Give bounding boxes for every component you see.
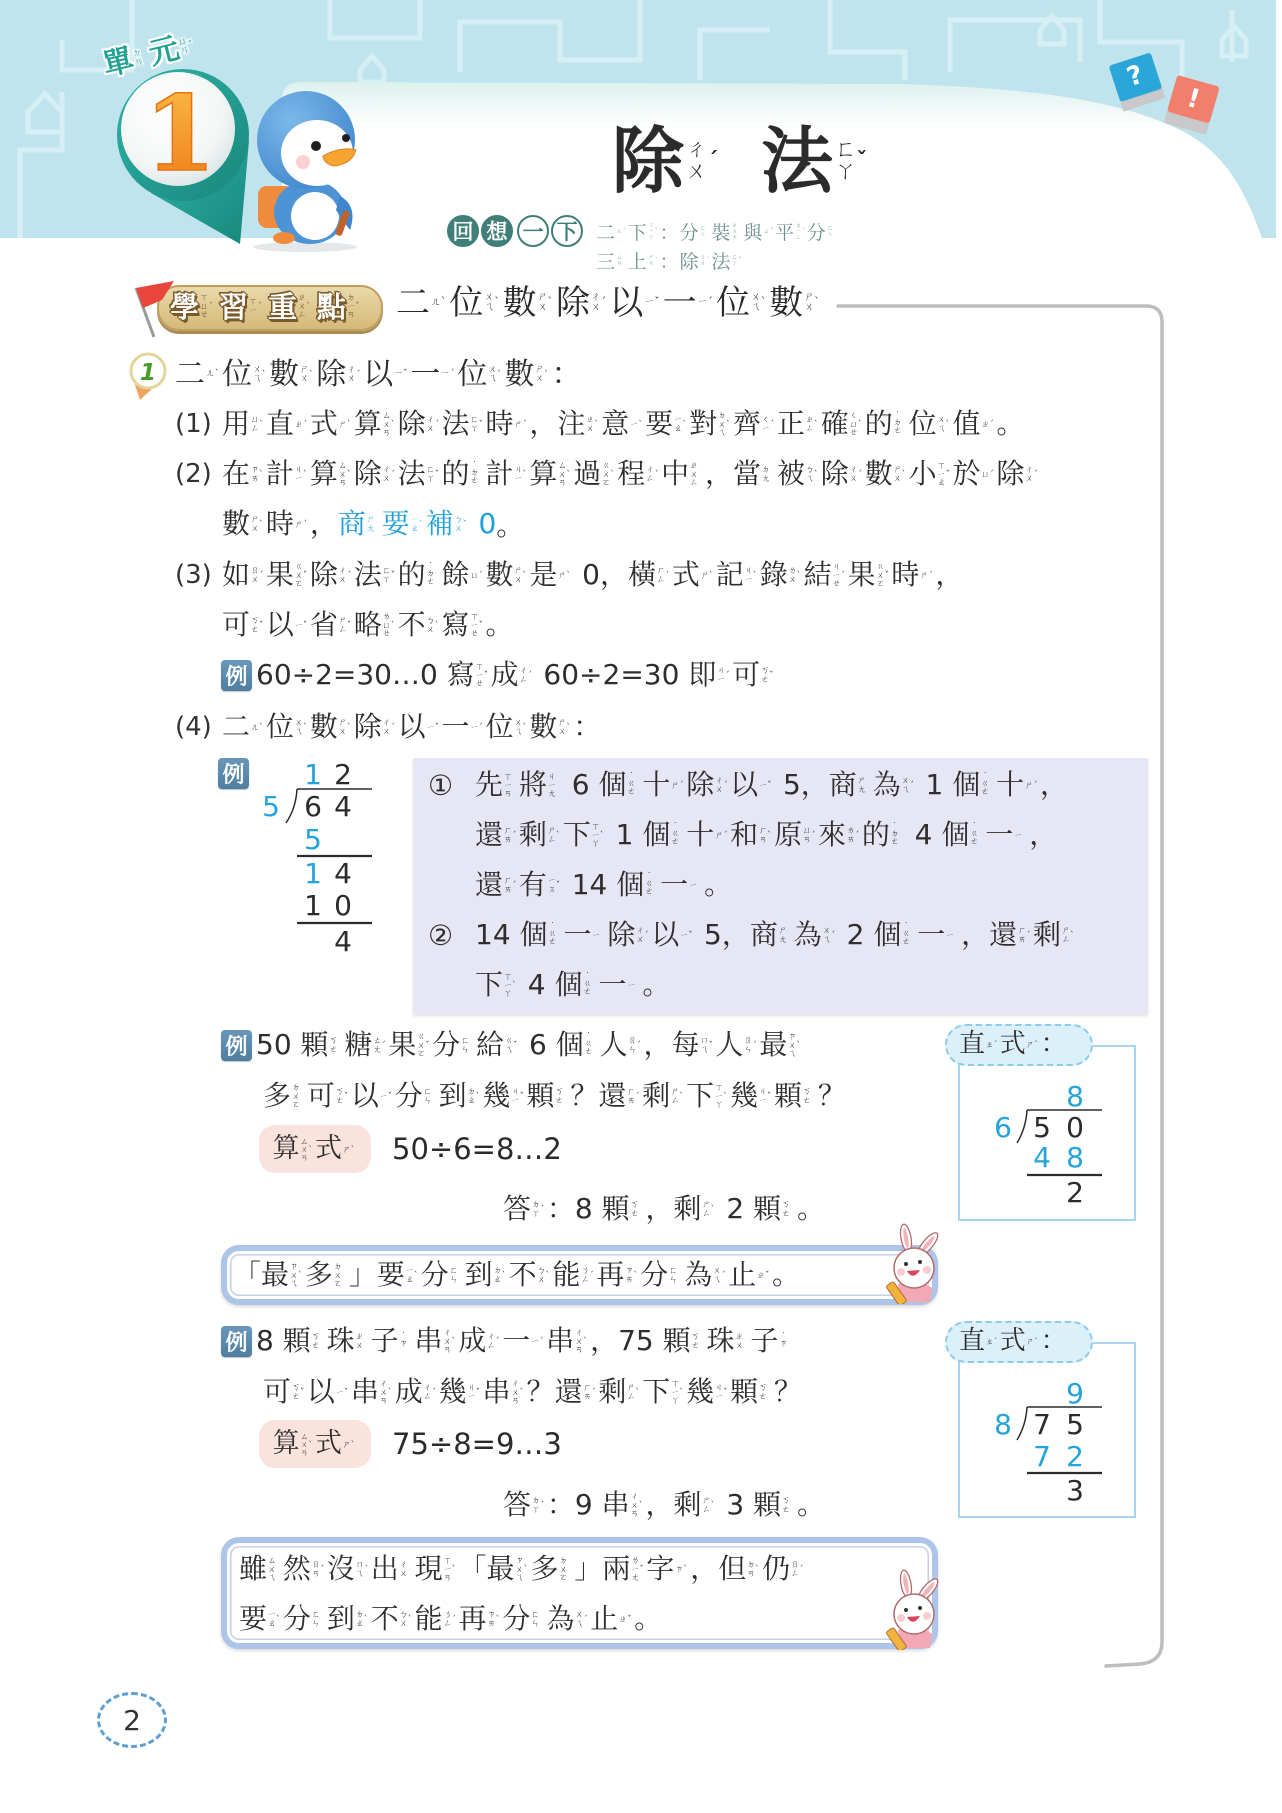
ruby-char: 珠ㄓㄨ: [707, 1324, 749, 1358]
zhuyin-symbols: ㄔㄨㄢ: [443, 1328, 451, 1354]
text-run: 60÷2=30: [535, 658, 689, 692]
ruby-char: 個˙ㄍㄜ: [952, 768, 994, 802]
zhuyin-tone: ˋ: [347, 470, 352, 478]
hanzi: 和: [730, 818, 758, 852]
zhuyin-tone: ˇ: [767, 781, 772, 789]
hanzi: 齊: [733, 407, 761, 441]
zhuyin-symbol: ㄜ: [645, 887, 653, 896]
zhuyin-symbols: ㄗ: [675, 1565, 683, 1574]
ruby-char: 分ㄈㄣ: [502, 1602, 544, 1636]
zhuyin-symbol: ㄧ: [249, 307, 258, 316]
ruby-char: 一ㄧˊ: [410, 357, 455, 393]
zhuyin-annotation: ㄉㄢ: [132, 47, 150, 68]
hanzi: 可: [732, 658, 760, 692]
zhuyin-symbol: ㄠ: [937, 478, 945, 487]
question-dice-icon: ?: [1109, 52, 1166, 111]
point-3-line-1: 如ㄖㄨˊ果ㄍㄨㄛˇ除ㄔㄨˊ法ㄈㄚˇ的˙ㄉㄜ餘ㄩˊ數ㄕㄨˋ是ㄕˋ 0，橫ㄏㄥˊ式ㄕ…: [222, 553, 963, 597]
zhuyin-symbol: ㄟ: [937, 424, 945, 433]
zhuyin-symbol: ㄕ: [558, 571, 566, 580]
zhuyin-annotation: ㄙㄨㄢˋ: [339, 461, 352, 487]
zhuyin-tone: ˋ: [711, 1501, 716, 1509]
zhuyin-annotation: ㄕˊ: [920, 571, 933, 580]
hanzi: 果: [388, 1028, 416, 1062]
zhuyin-annotation: ㄦˋ: [251, 723, 264, 732]
ruby-char: 但ㄉㄢˋ: [718, 1552, 760, 1586]
ruby-char: 直ㄓˊ: [959, 1326, 998, 1357]
zhuyin-symbol: ㄨ: [804, 303, 814, 313]
hanzi: 數: [222, 507, 250, 541]
zhuyin-annotation: ㄖㄥˊ: [791, 1560, 804, 1577]
zhuyin-annotation: ㄕˊ: [295, 520, 308, 529]
zhuyin-annotation: ㄨㄟˋ: [295, 718, 308, 735]
zhuyin-annotation: ㄕˋ: [343, 1440, 356, 1448]
zhuyin-annotation: ㄊㄤˊ: [373, 1036, 386, 1053]
ruby-char: 當ㄉㄤ: [733, 457, 775, 491]
zhuyin-symbols: ㄒㄧㄢ: [443, 1556, 451, 1582]
point-4-label: (4): [175, 705, 212, 749]
zhuyin-symbol: ㄨ: [382, 727, 390, 736]
zhuyin-symbols: ㄅㄨ: [454, 515, 462, 532]
zhuyin-symbols: ㄕ: [671, 781, 679, 790]
zhuyin-annotation: ㄐㄧˇ: [759, 1087, 772, 1104]
ruby-char: 最ㄗㄨㄟˋ: [261, 1258, 303, 1292]
ruby-char: 直ㄓˊ: [266, 407, 308, 441]
zhuyin-annotation: ㄉㄨㄛ: [559, 1556, 572, 1582]
dividend-digit: 6: [298, 790, 328, 824]
zhuyin-tone: ˇ: [476, 1388, 481, 1396]
zhuyin-symbol: ㄜ: [426, 577, 434, 586]
hanzi: 個: [873, 918, 901, 952]
zhuyin-annotation: ㄎㄜ: [803, 1087, 816, 1104]
ruby-char: 以ㄧˇ: [398, 710, 440, 744]
ruby-char: 寫ㄒㄧㄝˇ: [447, 658, 489, 692]
zhuyin-symbols: ˙ㄍㄜ: [981, 774, 989, 796]
zhuyin-symbol: ㄧ: [295, 474, 303, 483]
ruby-char: 顆ㄎㄜ: [753, 1192, 795, 1226]
ruby-char: 有ㄧㄡˇ: [519, 868, 561, 902]
zhuyin-symbol: ㄟ: [718, 428, 726, 437]
example-badge: 例: [221, 1326, 252, 1357]
hanzi: 數: [769, 283, 803, 324]
zhuyin-symbol: ㄛ: [602, 478, 610, 487]
hanzi: 除: [556, 283, 590, 324]
zhuyin-tone: ˊ: [452, 1615, 457, 1623]
zhuyin-annotation: ˙ㄍㄜ: [970, 824, 983, 846]
ruby-char: 成ㄔㄥˊ: [395, 1375, 437, 1409]
text-run: 。: [704, 868, 732, 902]
zhuyin-tone: ˋ: [1034, 1041, 1038, 1049]
zhuyin-symbols: ㄙㄢ: [616, 256, 623, 268]
ruby-char: 止ㄓˇ: [728, 1258, 770, 1292]
zhuyin-tone: ˇ: [739, 259, 742, 265]
zhuyin-tone: ˋ: [548, 298, 554, 308]
ruby-char: 顆ㄎㄜ: [526, 1079, 568, 1113]
hanzi: 除: [316, 357, 346, 393]
hanzi: 不: [398, 608, 426, 642]
zhuyin-symbols: ㄕㄥ: [702, 1496, 710, 1513]
zhuyin-tone: ˇ: [303, 621, 308, 629]
hanzi: 一: [502, 1324, 530, 1358]
zhuyin-tone: ˋ: [1034, 1338, 1038, 1346]
ruby-char: 值ㄓˊ: [953, 407, 995, 441]
zhuyin-annotation: ㄉㄧㄢˇ: [347, 294, 360, 321]
zhuyin-symbols: ㄒㄧㄢ: [504, 772, 512, 798]
hanzi: 分: [640, 1258, 668, 1292]
zhuyin-symbols: ㄨㄟ: [901, 776, 909, 793]
problem-2-formula: 75÷8=9…3: [392, 1422, 562, 1466]
step-digit: 4: [328, 857, 358, 891]
zhuyin-symbol: ㄨ: [355, 1341, 363, 1350]
zhuyin-tone: ˋ: [351, 1145, 355, 1153]
ruby-char: 齊ㄑㄧˊ: [733, 407, 775, 441]
zhuyin-symbol: ㄨ: [535, 375, 544, 384]
ruby-char: 位ㄨㄟˋ: [716, 283, 767, 324]
zhuyin-symbol: ㄧ: [697, 298, 707, 308]
text-run: 0: [470, 507, 497, 541]
zhuyin-symbol: ㄢ: [347, 311, 356, 320]
zhuyin-tone: ˋ: [753, 571, 758, 579]
hanzi: 能: [552, 1258, 580, 1292]
zhuyin-symbol: ㄢ: [575, 1345, 583, 1354]
zhuyin-symbol: ㄦ: [251, 723, 259, 732]
hanzi: 答: [503, 1488, 531, 1522]
zhuyin-symbols: ㄧ: [630, 420, 638, 429]
text-run: 。: [642, 968, 670, 1002]
hanzi: 到: [439, 1079, 467, 1113]
formula-label: 算ㄙㄨㄢˋ式ㄕˋ: [259, 1420, 371, 1468]
zhuyin-symbols: ㄉㄧㄢ: [347, 294, 356, 321]
hanzi: 計: [485, 457, 513, 491]
quotient-digit: 8: [1060, 1080, 1090, 1114]
zhuyin-symbols: ㄓㄨ: [735, 1332, 743, 1349]
zhuyin-symbols: ㄈㄚ: [470, 415, 478, 432]
hanzi: 除: [398, 407, 426, 441]
zhuyin-annotation: ㄧˊ: [441, 370, 455, 379]
zhuyin-symbol: ㄤ: [779, 935, 787, 944]
zhuyin-symbols: ㄔㄨ: [591, 293, 601, 314]
zhuyin-tone: ˇ: [303, 571, 308, 579]
ruby-char: 除ㄔㄨˊ: [607, 918, 649, 952]
ruby-char: 式ㄕˋ: [1000, 1326, 1039, 1357]
zhuyin-tone: ˊ: [993, 1041, 997, 1049]
zhuyin-tone: ˊ: [990, 420, 995, 428]
ruby-char: 數ㄕㄨˋ: [769, 283, 820, 324]
ruby-char: 到ㄉㄠˋ: [465, 1258, 507, 1292]
ruby-char: 不ㄅㄨˋ: [371, 1602, 413, 1636]
hanzi: 到: [465, 1258, 493, 1292]
text-run: 1: [607, 818, 643, 852]
zhuyin-tone: ˋ: [767, 831, 772, 839]
hanzi: 二: [396, 283, 430, 324]
hanzi: 位: [266, 710, 294, 744]
point-2-line-1: 在ㄗㄞˋ計ㄐㄧˋ算ㄙㄨㄢˋ除ㄔㄨˊ法ㄈㄚˇ的˙ㄉㄜ計ㄐㄧˋ算ㄙㄨㄢˋ過ㄍㄨㄛˋ程…: [222, 452, 1040, 496]
zhuyin-symbol: ㄢ: [300, 1448, 308, 1456]
zhuyin-annotation: ㄉㄨㄟˋ: [718, 411, 731, 437]
hanzi: 珠: [707, 1324, 735, 1358]
section-number: 1: [140, 360, 156, 386]
zhuyin-annotation: ㄍㄨㄛˇ: [295, 562, 308, 588]
zhuyin-tone: ˋ: [726, 420, 731, 428]
zhuyin-annotation: ㄕㄨˋ: [893, 465, 906, 482]
zhuyin-symbols: ㄈㄣ: [531, 1610, 539, 1627]
remainder-digit: 2: [1060, 1176, 1090, 1210]
zhuyin-symbols: ㄅㄨ: [537, 1266, 545, 1283]
zhuyin-annotation: ㄔㄨˊ: [382, 718, 395, 735]
zhuyin-tone: ˊ: [391, 470, 396, 478]
zhuyin-tone: ˇ: [654, 298, 660, 308]
hanzi: 數: [504, 357, 534, 393]
zhuyin-symbols: ㄕㄨ: [514, 566, 522, 583]
zhuyin-tone: ˇ: [479, 420, 484, 428]
zhuyin-tone: ˇ: [769, 671, 774, 679]
zhuyin-symbol: ㄨ: [454, 524, 462, 533]
zhuyin-annotation: ˙ㄍㄜ: [584, 1034, 597, 1056]
zhuyin-tone: ˋ: [623, 230, 626, 236]
zhuyin-symbols: ㄧ: [1014, 831, 1022, 840]
zhuyin-annotation: ˙ㄗ: [399, 1334, 412, 1347]
zhuyin-tone: ˊ: [450, 370, 455, 379]
ruby-char: 式ㄕˋ: [1000, 1029, 1039, 1060]
title-char-2: 法ㄈㄚˇ: [761, 118, 874, 204]
zhuyin-tone: ˋ: [262, 371, 267, 380]
zhuyin-annotation: ㄕㄤ: [779, 926, 792, 943]
hanzi: 直: [266, 407, 294, 441]
hanzi: 一: [985, 818, 1013, 852]
zhuyin-symbol: ㄟ: [356, 1569, 364, 1578]
zhuyin-symbol: ㄚ: [648, 236, 655, 242]
hanzi: 除: [996, 457, 1024, 491]
zhuyin-annotation: ㄅㄨˋ: [399, 1610, 412, 1627]
ruby-char: 現ㄒㄧㄢˋ: [415, 1552, 457, 1586]
quotient-digit: 9: [1060, 1377, 1090, 1411]
zhuyin-symbol: ㄧ: [644, 298, 654, 308]
zhuyin-symbols: ㄧ: [336, 1388, 344, 1397]
hanzi: 要: [645, 407, 673, 441]
ruby-char: 下ㄒㄧㄚˋ: [686, 1079, 728, 1113]
ruby-char: 一ㄧˊ: [502, 1324, 544, 1358]
zhuyin-annotation: ㄨㄟˊ: [713, 1266, 726, 1283]
hanzi: 剩: [674, 1192, 702, 1226]
hanzi: 以: [363, 357, 393, 393]
hanzi: 算: [354, 407, 382, 441]
zhuyin-symbol: ㄧ: [470, 723, 478, 732]
zhuyin-annotation: ㄧˊ: [697, 298, 713, 308]
zhuyin-symbol: ㄕ: [343, 1440, 351, 1448]
zhuyin-symbol: ㄠ: [467, 1096, 475, 1105]
zhuyin-tone: ˋ: [1070, 931, 1075, 939]
zhuyin-annotation: ㄓˊ: [986, 1338, 998, 1346]
hanzi: 糖: [344, 1028, 372, 1062]
zhuyin-tone: ˋ: [347, 420, 352, 428]
hanzi: 數: [269, 357, 299, 393]
zhuyin-symbol: ㄗ: [675, 1565, 683, 1574]
zhuyin-symbol: ㄥ: [339, 625, 347, 634]
hanzi: 裝: [711, 222, 731, 245]
ruby-char: 錄ㄌㄨˋ: [760, 558, 802, 592]
zhuyin-annotation: ㄐㄧˇ: [467, 1383, 480, 1400]
zhuyin-symbols: ㄨㄟ: [751, 293, 761, 314]
ruby-char: 最ㄗㄨㄟˋ: [487, 1552, 529, 1586]
zhuyin-symbols: ㄔㄨ: [636, 926, 644, 943]
zhuyin-annotation: ˙ㄍㄜ: [981, 774, 994, 796]
zhuyin-annotation: ˙ㄍㄜ: [548, 924, 561, 946]
ruby-char: 幾ㄐㄧˇ: [686, 1375, 728, 1409]
zhuyin-symbol: ㄕ: [715, 831, 723, 840]
ruby-char: 除ㄔㄨˊ: [612, 118, 719, 204]
text-run: 6: [563, 768, 599, 802]
hanzi: 法: [711, 251, 731, 274]
ruby-char: 雖ㄙㄨㄟ: [239, 1552, 281, 1586]
hanzi: 顆: [663, 1324, 691, 1358]
zhuyin-symbols: ㄊㄤ: [373, 1036, 381, 1053]
ruby-char: 略ㄌㄩㄝˋ: [354, 608, 396, 642]
zhuyin-tone: ˊ: [858, 470, 863, 478]
zhuyin-symbol: ㄤ: [857, 785, 865, 794]
zhuyin-symbol: ㄧ: [759, 781, 767, 790]
zhuyin-tone: ˋ: [796, 1041, 801, 1049]
zhuyin-symbols: ˙ㄍㄜ: [970, 824, 978, 846]
zhuyin-tone: ˋ: [814, 420, 819, 428]
zhuyin-tone: ˊ: [347, 571, 352, 579]
zhuyin-symbol: ㄠ: [674, 424, 682, 433]
zhuyin-annotation: ㄎㄜ: [630, 1200, 643, 1217]
zhuyin-tone: ˊ: [928, 571, 933, 579]
hanzi: 有: [519, 868, 547, 902]
zhuyin-annotation: ㄕˊ: [514, 420, 527, 429]
zhuyin-symbols: ㄒㄧㄚ: [648, 224, 655, 241]
ruby-char: 還ㄏㄞˊ: [475, 868, 517, 902]
zhuyin-annotation: ㄎㄜ: [329, 1036, 342, 1053]
zhuyin-symbol: ㄠ: [410, 524, 418, 533]
ruby-char: 成ㄔㄥˊ: [458, 1324, 500, 1358]
zhuyin-symbol: ㄟ: [514, 727, 522, 736]
zhuyin-tone: ˇ: [513, 1041, 518, 1049]
ruby-char: 二ㄦˋ: [596, 222, 626, 245]
zhuyin-symbols: ㄐㄧ: [744, 566, 752, 583]
hanzi: 個: [556, 1028, 584, 1062]
zhuyin-tone: ˊ: [723, 831, 728, 839]
zhuyin-tone: ˊ: [802, 230, 805, 236]
zhuyin-symbol: ㄓ: [986, 1338, 994, 1346]
zhuyin-symbols: ㄎㄜ: [329, 1036, 337, 1053]
hanzi: 確: [821, 407, 849, 441]
zhuyin-tone: ˊ: [303, 520, 308, 528]
zhuyin-annotation: ㄕㄥˋ: [702, 1200, 715, 1217]
zhuyin-symbols: ㄕ: [339, 420, 347, 429]
ruby-char: 除ㄔㄨˊ: [996, 457, 1038, 491]
zhuyin-tone: ˋ: [523, 470, 528, 478]
zhuyin-symbol: ㄨ: [426, 424, 434, 433]
text-run: ：: [552, 357, 582, 393]
zhuyin-symbols: ㄨㄟ: [575, 1610, 583, 1627]
zhuyin-symbols: ㄑㄧ: [762, 415, 770, 432]
zhuyin-symbols: ㄖㄢ: [312, 1560, 320, 1577]
zhuyin-annotation: ㄎㄜˇ: [761, 666, 774, 683]
zhuyin-annotation: ㄅㄨˋ: [537, 1266, 550, 1283]
zhuyin-symbols: ㄧㄠ: [674, 415, 682, 432]
zhuyin-annotation: ㄐㄧㄝˊ: [832, 562, 845, 588]
zhuyin-annotation: ㄙㄨㄢˋ: [300, 1137, 313, 1162]
zhuyin-tone: ˋ: [633, 1271, 638, 1279]
hanzi: 位: [716, 283, 750, 324]
zhuyin-annotation: ㄔㄨˊ: [849, 465, 862, 482]
zhuyin-tone: ˋ: [512, 981, 517, 989]
zhuyin-annotation: ㄕㄨˋ: [514, 566, 527, 583]
zhuyin-symbol: ㄟ: [488, 375, 497, 384]
zhuyin-annotation: ㄗˋ: [675, 1565, 688, 1574]
hanzi: 的: [862, 818, 890, 852]
ruby-char: 一ㄧ: [985, 818, 1027, 852]
zhuyin-symbol: ㄚ: [592, 839, 600, 848]
zhuyin-symbol: ㄕ: [1025, 781, 1033, 790]
zhuyin-symbol: ㄚ: [504, 989, 512, 998]
ruby-char: 剩ㄕㄥˋ: [674, 1488, 716, 1522]
zhuyin-symbols: ㄎㄜ: [555, 1087, 563, 1104]
zhuyin-symbols: ㄉㄚ: [532, 1496, 540, 1513]
zhuyin-symbols: ㄐㄧ: [759, 1087, 767, 1104]
ruby-char: 過ㄍㄨㄛˋ: [573, 457, 615, 491]
point-2-label: (2): [175, 452, 212, 496]
zhuyin-annotation: ㄕㄨˋ: [535, 366, 549, 384]
zhuyin-annotation: ㄈㄣ: [827, 227, 837, 239]
zhuyin-symbol: ㄓ: [295, 420, 303, 429]
hanzi: 法: [442, 407, 470, 441]
zhuyin-tone: ˊ: [435, 420, 440, 428]
hanzi: 二: [596, 222, 616, 245]
zhuyin-symbol: ㄜ: [311, 1341, 319, 1350]
recall-line-2: 三ㄙㄢ上ㄕㄤˋ：除ㄔㄨˊ法ㄈㄚˇ: [596, 248, 743, 276]
hanzi: 的: [442, 457, 470, 491]
zhuyin-annotation: ㄗㄨㄟˋ: [788, 1032, 801, 1058]
point-2-line-2: 數ㄕㄨˋ時ㄕˊ， 商ㄕㄤ要ㄧㄠˋ補ㄅㄨˇ 0 。: [222, 502, 524, 546]
ruby-char: 到ㄉㄠˋ: [439, 1079, 481, 1113]
ruby-char: 還ㄏㄞˊ: [989, 918, 1031, 952]
zhuyin-symbols: ㄍㄨㄛ: [295, 562, 303, 588]
zhuyin-symbol: ㄕ: [920, 571, 928, 580]
zhuyin-tone: ˋ: [441, 298, 447, 308]
zhuyin-annotation: ㄉㄤ: [762, 465, 775, 482]
zhuyin-tone: ˋ: [306, 303, 311, 312]
zhuyin-symbol: ㄨ: [591, 303, 601, 313]
zhuyin-symbols: ㄧ: [592, 931, 600, 940]
zhuyin-annotation: ㄉㄠˋ: [356, 1610, 369, 1627]
hanzi: 以: [351, 1079, 379, 1113]
zhuyin-tone: [143, 56, 148, 57]
zhuyin-annotation: ㄒㄧㄢ: [504, 772, 517, 798]
recall-line-1: 二ㄦˋ下ㄒㄧㄚˋ：分ㄈㄣ裝ㄓㄨㄤ與ㄩˇ平ㄆㄧㄥˊ分ㄈㄣ: [596, 219, 839, 247]
hanzi: 補: [426, 507, 454, 541]
zhuyin-symbols: ㄒㄧㄚ: [504, 972, 512, 998]
zhuyin-tone: ˇ: [709, 1041, 714, 1049]
zhuyin-symbols: ㄐㄧ: [295, 465, 303, 482]
zhuyin-annotation: ㄕㄥˇ: [339, 616, 352, 633]
zhuyin-annotation: ㄏㄞˊ: [1018, 926, 1031, 943]
zhuyin-symbol: ㄛ: [334, 1279, 342, 1288]
zhuyin-tone: ˊ: [841, 571, 846, 579]
zhuyin-symbols: ㄕ: [1026, 1338, 1034, 1346]
zhuyin-tone: ˋ: [711, 1205, 716, 1213]
zhuyin-tone: ˊ: [725, 671, 730, 679]
hanzi: 止: [590, 1602, 618, 1636]
text-run: 3: [717, 1488, 753, 1522]
zhuyin-symbols: ㄧㄠ: [406, 1266, 414, 1283]
hanzi: 為: [546, 1602, 574, 1636]
zhuyin-symbol: ㄛ: [292, 1100, 300, 1109]
zhuyin-annotation: ㄉㄠˋ: [493, 1266, 506, 1283]
zhuyin-symbols: ˙ㄍㄜ: [548, 924, 556, 946]
ruby-char: 多ㄉㄨㄛ: [530, 1552, 572, 1586]
zhuyin-symbols: ㄉㄨㄛ: [559, 1556, 567, 1582]
